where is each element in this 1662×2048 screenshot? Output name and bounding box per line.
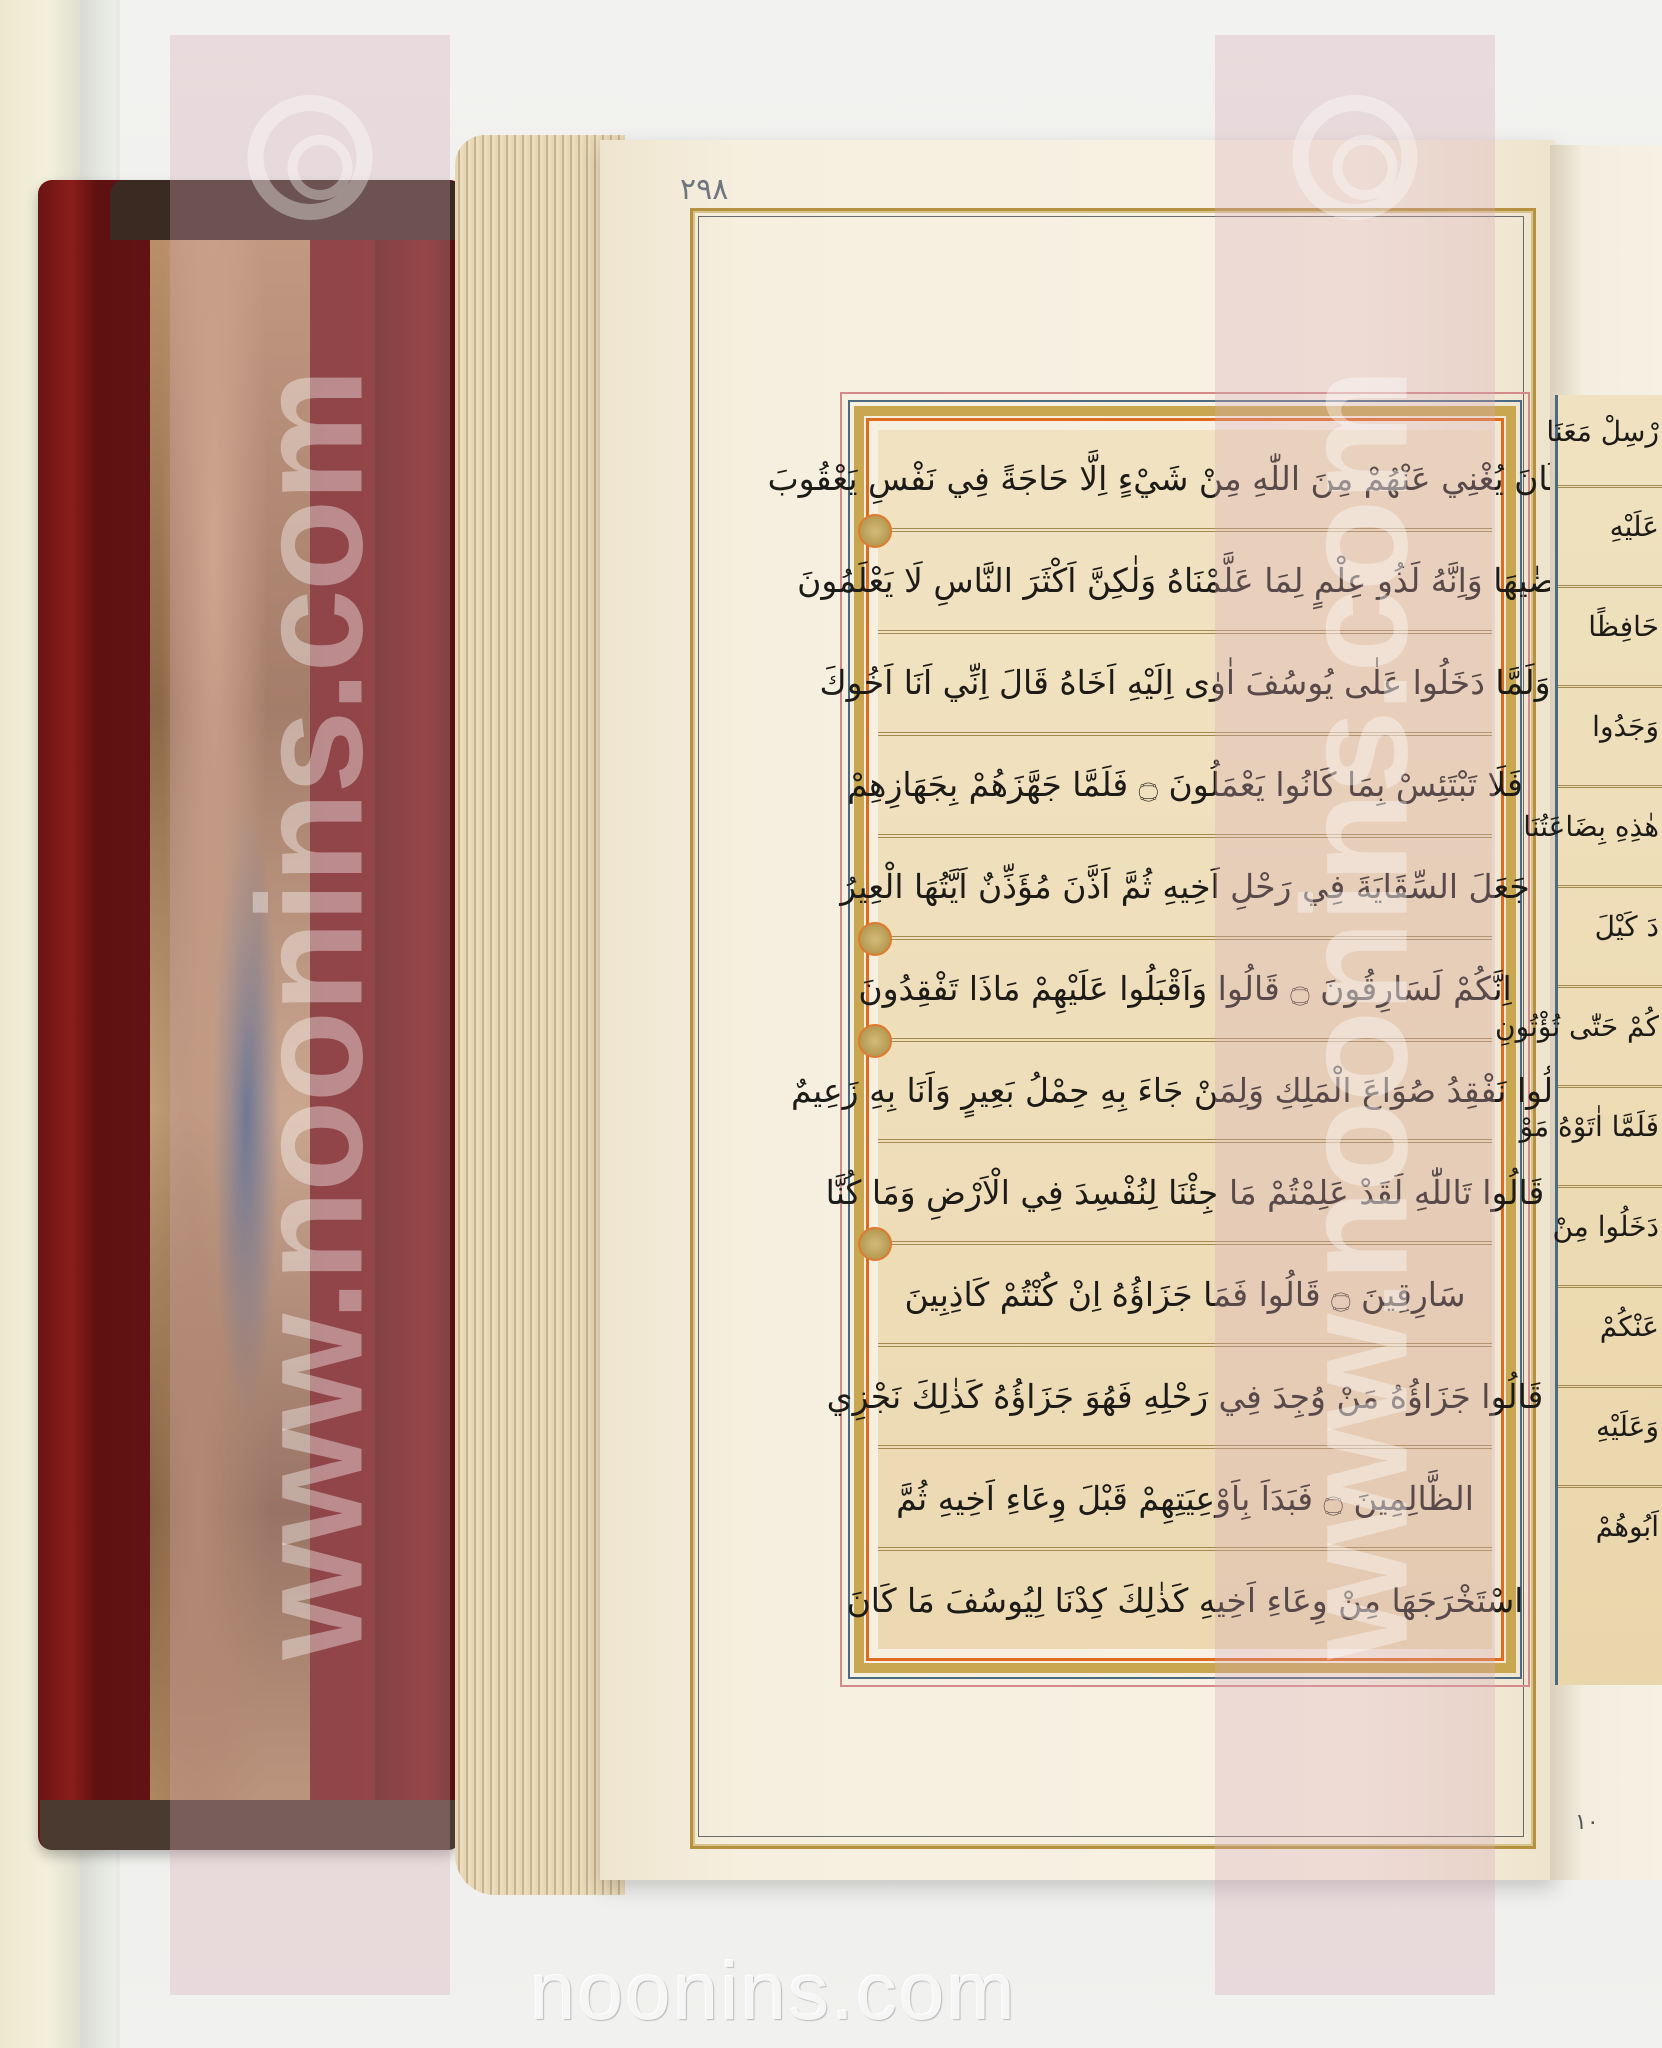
facing-line-fragment: وَجَدُوا [1592, 710, 1659, 743]
line-rule [1558, 1285, 1662, 1288]
line-rule [1558, 1085, 1662, 1088]
facing-line-fragment: دَخَلُوا مِنْ [1552, 1210, 1659, 1243]
bottom-watermark: noonins.com [530, 1945, 1017, 2039]
facing-line-fragment: دَ كَيْلَ [1595, 910, 1659, 943]
facing-line-fragment: عَلَيْهِ [1610, 510, 1659, 543]
watermark-text: www.noonins.com [1269, 370, 1442, 1659]
line-rule [1558, 985, 1662, 988]
facing-line-fragment: اَبُوهُمْ [1596, 1510, 1659, 1543]
line-rule [1558, 1185, 1662, 1188]
facing-page-text-panel: رْسِلْ مَعَنَا عَلَيْهِ حَافِظًا وَجَدُو… [1555, 395, 1662, 1685]
folio-number: ٢٩٨ [680, 172, 728, 207]
verse-marker-icon [858, 1024, 892, 1058]
watermark-band-right: www.noonins.com [1215, 35, 1495, 1995]
facing-folio-number: ١٠ [1575, 1810, 1599, 1835]
line-rule [1558, 785, 1662, 788]
line-rule [1558, 1485, 1662, 1488]
facing-line-fragment: حَافِظًا [1588, 610, 1659, 643]
watermark-band-left: www.noonins.com [170, 35, 450, 1995]
facing-line-fragment: كُمْ حَتّٰى تُؤْتُونِ [1495, 1010, 1659, 1043]
facing-line-fragment: هٰذِهِ بِضَاعَتُنَا [1523, 810, 1659, 843]
watermark-logo-icon [248, 95, 373, 220]
watermark-logo-icon [1293, 95, 1418, 220]
verse-marker-icon [858, 1227, 892, 1261]
verse-marker-icon [858, 514, 892, 548]
watermark-text: www.noonins.com [224, 370, 397, 1659]
verse-marker-icon [858, 922, 892, 956]
line-rule [1558, 585, 1662, 588]
facing-line-fragment: عَنْكُمْ [1600, 1310, 1659, 1343]
line-rule [1558, 885, 1662, 888]
line-rule [1558, 1385, 1662, 1388]
line-rule [1558, 685, 1662, 688]
facing-line-fragment: وَعَلَيْهِ [1596, 1410, 1659, 1443]
facing-line-fragment: فَلَمَّا اٰتَوْهُ مَوْ [1520, 1110, 1659, 1143]
line-rule [1558, 485, 1662, 488]
facing-line-fragment: رْسِلْ مَعَنَا [1546, 415, 1659, 448]
